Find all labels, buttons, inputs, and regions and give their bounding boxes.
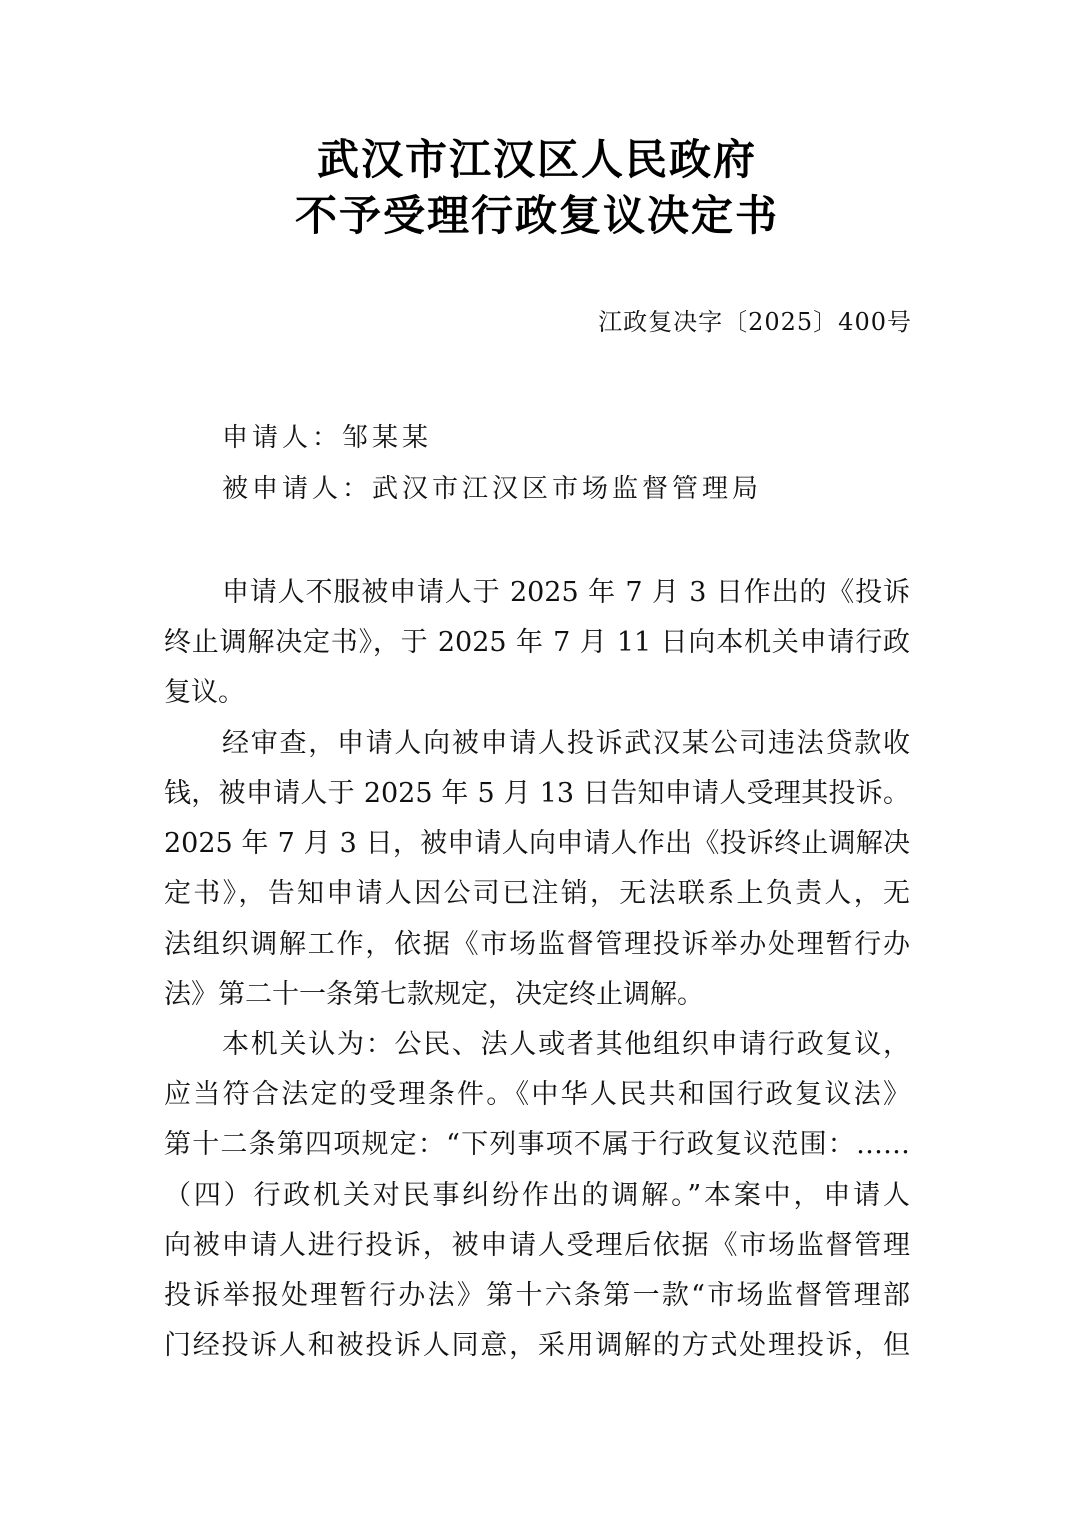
paragraph-1-line-2: 终止调解决定书》，于 2025 年 7 月 11 日向本机关申请行政 [164, 623, 910, 663]
document-number: 江政复决字〔2025〕400号 [598, 305, 912, 339]
paragraph-2-line-4: 定书》，告知申请人因公司已注销，无法联系上负责人，无 [164, 874, 910, 914]
paragraph-3-line-3: 第十二条第四项规定：“下列事项不属于行政复议范围：…… [164, 1125, 910, 1165]
paragraph-2-line-3: 2025 年 7 月 3 日，被申请人向申请人作出《投诉终止调解决 [164, 824, 910, 864]
paragraph-1-line-1: 申请人不服被申请人于 2025 年 7 月 3 日作出的《投诉 [222, 573, 910, 613]
paragraph-2-line-1: 经审查，申请人向被申请人投诉武汉某公司违法贷款收 [222, 724, 910, 764]
applicant-line: 申请人：邹某某 [222, 420, 432, 456]
paragraph-3-line-1: 本机关认为：公民、法人或者其他组织申请行政复议， [222, 1025, 910, 1065]
paragraph-2-line-5: 法组织调解工作，依据《市场监督管理投诉举办处理暂行办 [164, 925, 910, 965]
paragraph-2-line-6: 法》第二十一条第七款规定，决定终止调解。 [164, 975, 910, 1015]
document-page: 武汉市江汉区人民政府 不予受理行政复议决定书 江政复决字〔2025〕400号 申… [0, 0, 1074, 1520]
respondent-line: 被申请人：武汉市江汉区市场监督管理局 [222, 471, 762, 507]
paragraph-3-line-2: 应当符合法定的受理条件。《中华人民共和国行政复议法》 [164, 1075, 910, 1115]
paragraph-3-line-7: 门经投诉人和被投诉人同意，采用调解的方式处理投诉，但 [164, 1326, 910, 1366]
paragraph-3-line-5: 向被申请人进行投诉，被申请人受理后依据《市场监督管理 [164, 1226, 910, 1266]
paragraph-2-line-2: 钱，被申请人于 2025 年 5 月 13 日告知申请人受理其投诉。 [164, 774, 910, 814]
paragraph-1-line-3: 复议。 [164, 673, 910, 713]
paragraph-3-line-6: 投诉举报处理暂行办法》第十六条第一款“市场监督管理部 [164, 1276, 910, 1316]
paragraph-3-line-4: （四）行政机关对民事纠纷作出的调解。”本案中，申请人 [164, 1176, 910, 1216]
document-title-line-1: 武汉市江汉区人民政府 [0, 134, 1074, 186]
document-title-line-2: 不予受理行政复议决定书 [0, 190, 1074, 242]
